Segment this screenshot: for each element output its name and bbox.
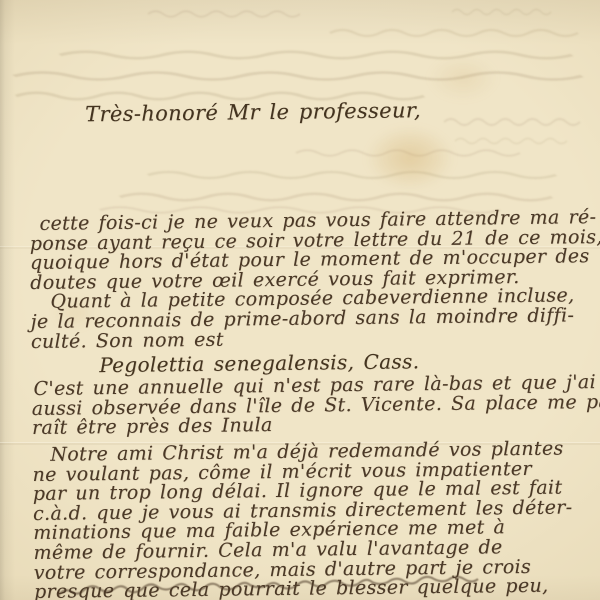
letter-line: presque que cela pourrait le blesser que…: [34, 576, 600, 600]
letter-body: Très-honoré Mr le professeur, cette fois…: [28, 93, 600, 600]
letter-page: Très-honoré Mr le professeur, cette fois…: [0, 0, 600, 600]
paragraph-2: Quant à la petite composée cabeverdienne…: [30, 286, 600, 352]
paragraph-4: Notre ami Christ m'a déjà redemandé vos …: [32, 439, 600, 600]
paragraph-3: C'est une annuelle qui n'est pas rare là…: [31, 373, 600, 439]
paragraph-1: cette fois-ci je ne veux pas vous faire …: [29, 208, 600, 293]
salutation: Très-honoré Mr le professeur,: [85, 93, 598, 129]
